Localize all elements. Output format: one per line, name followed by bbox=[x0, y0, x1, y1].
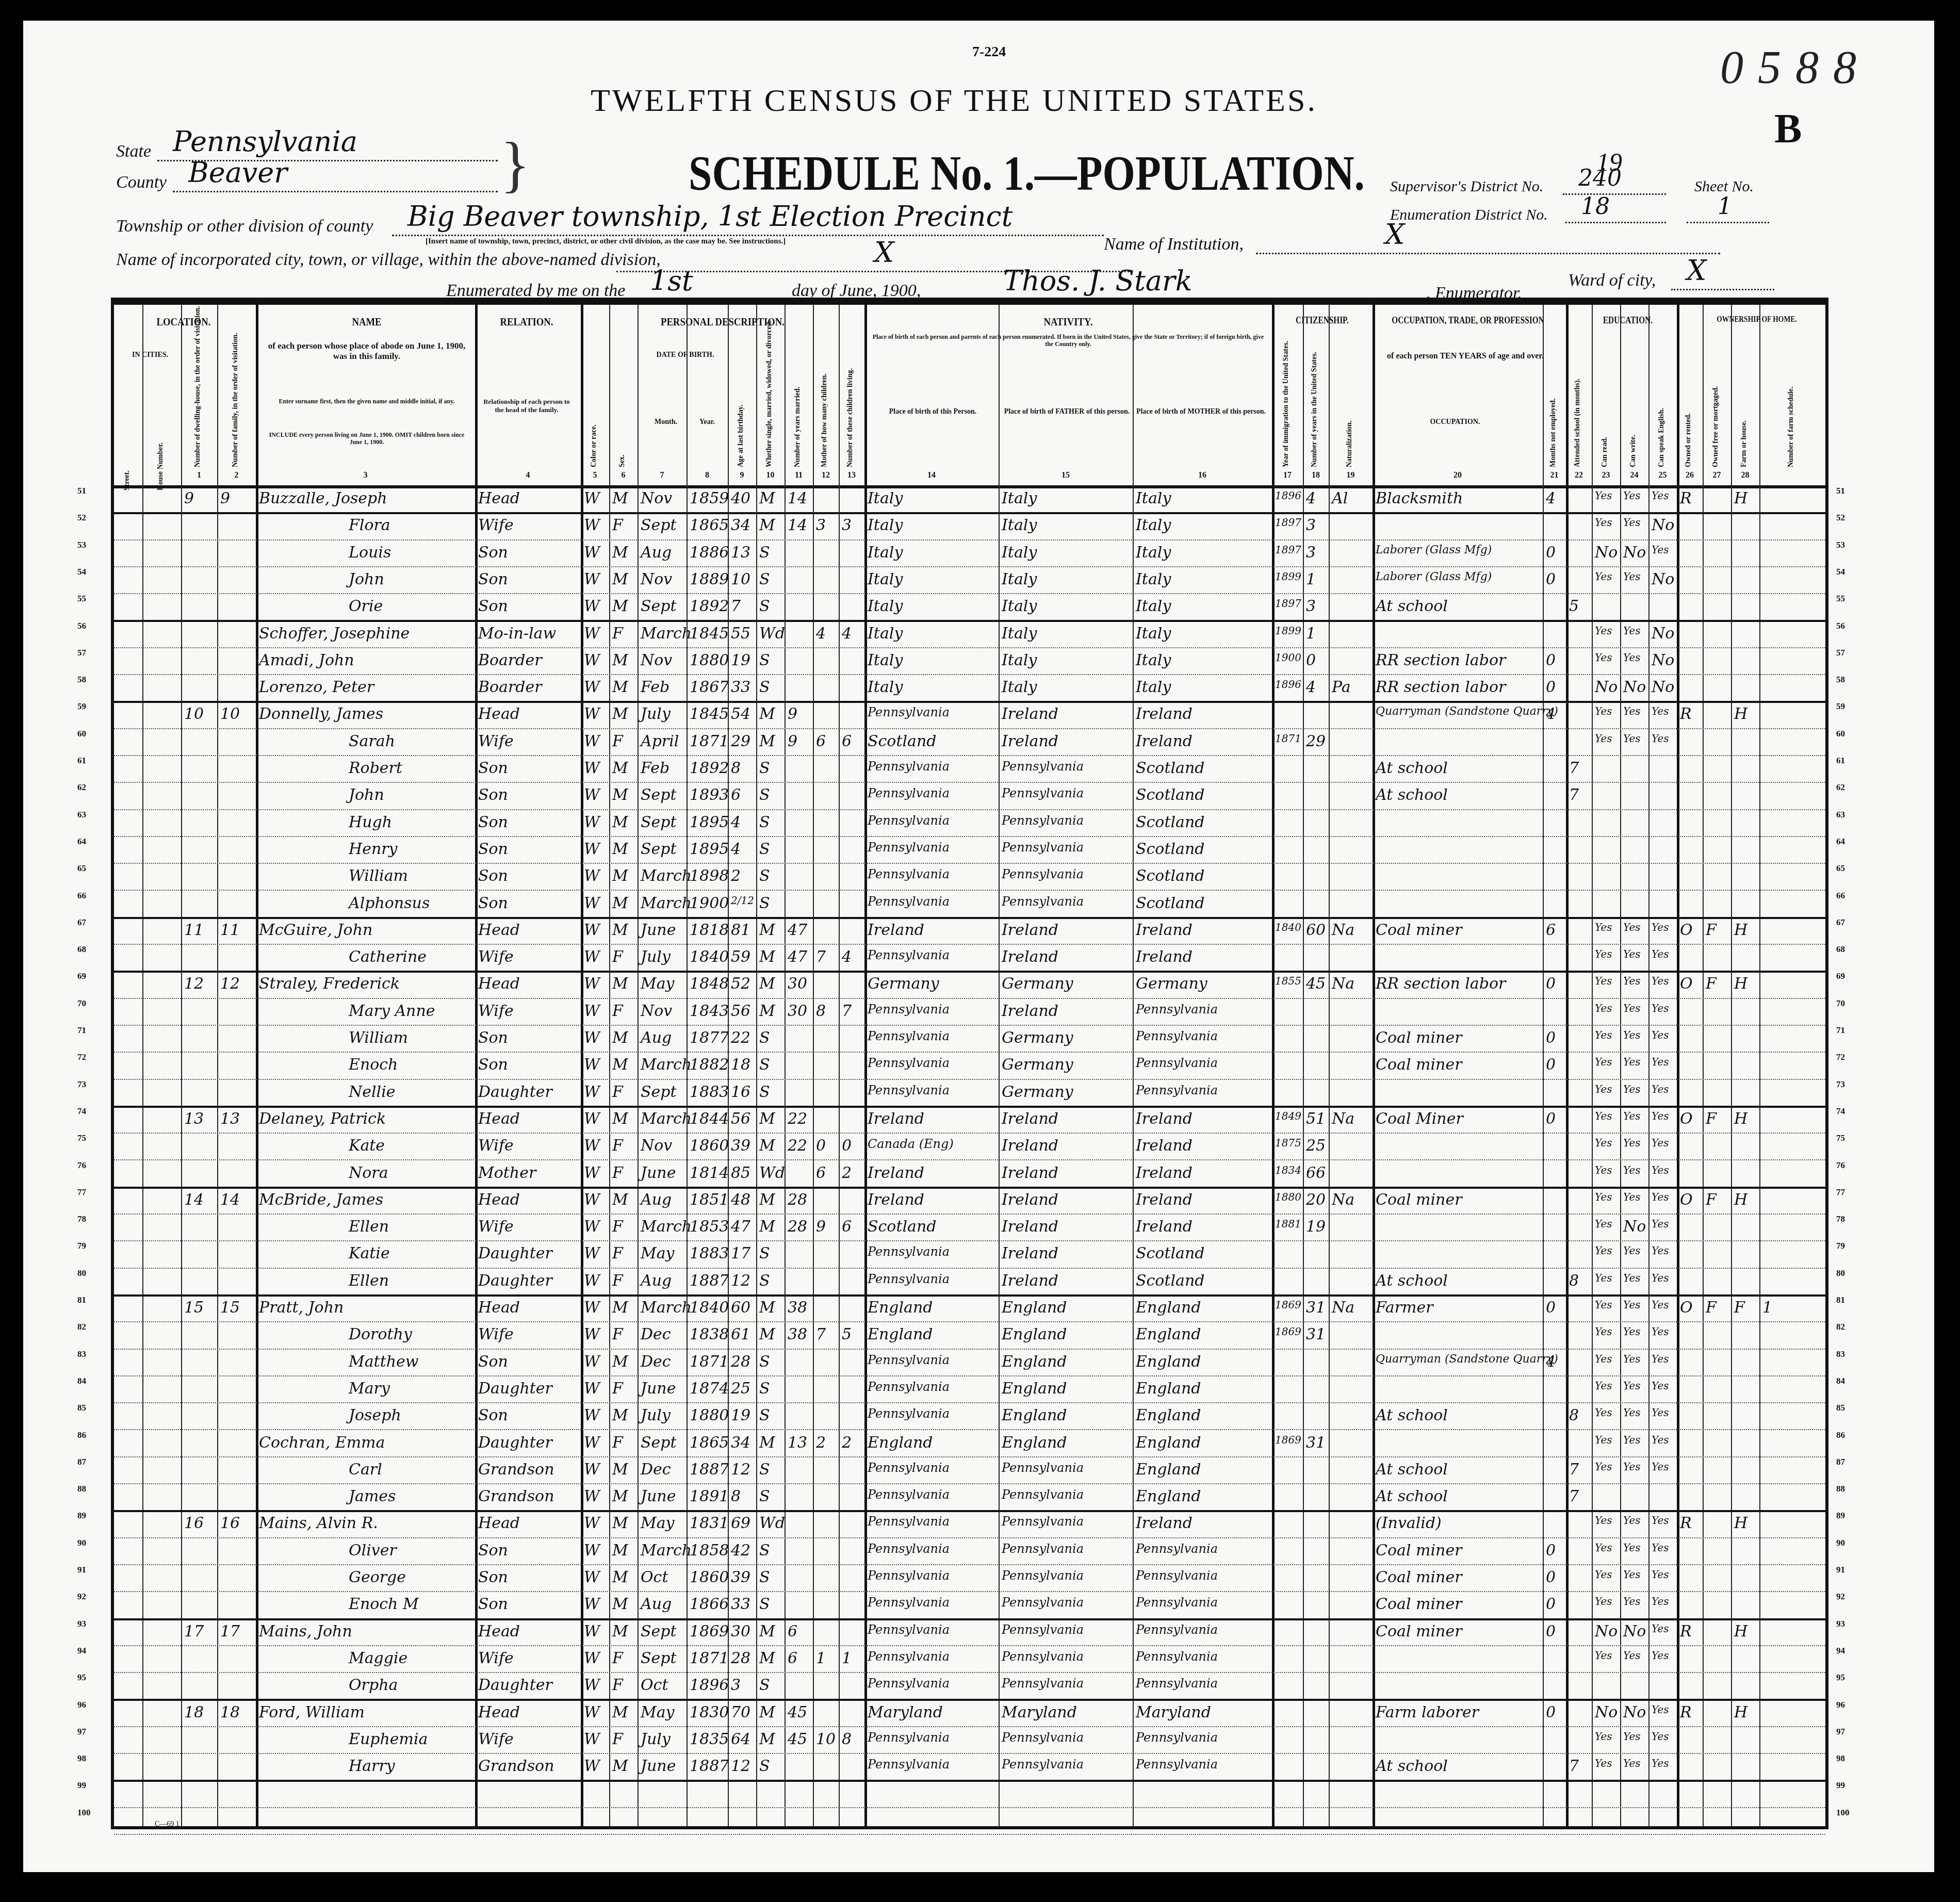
cell-bm: England bbox=[1136, 1461, 1201, 1479]
cell-bp: Pennsylvania bbox=[868, 894, 950, 909]
cell-age: 56 bbox=[731, 1110, 750, 1128]
cell-ym: 14 bbox=[788, 516, 807, 534]
cell-eng: No bbox=[1652, 570, 1674, 588]
cell-age: 47 bbox=[731, 1218, 750, 1236]
cell-sex: F bbox=[612, 1272, 623, 1290]
cell-month: June bbox=[641, 1380, 676, 1398]
cell-bf: Ireland bbox=[1002, 948, 1058, 966]
line-number: 97 bbox=[77, 1727, 86, 1737]
cell-cl: 3 bbox=[842, 516, 852, 534]
cell-unemp: 0 bbox=[1546, 1299, 1556, 1317]
column-label-months-unemployed: Months not employed. bbox=[1549, 354, 1558, 467]
cell-mc: 6 bbox=[816, 732, 826, 750]
cell-bp: Italy bbox=[868, 597, 903, 615]
cell-color: W bbox=[584, 894, 600, 912]
cell-year: 1883 bbox=[690, 1083, 729, 1101]
township-field: Big Beaver township, 1st Election Precin… bbox=[392, 206, 1104, 236]
table-row: Mary AnneWifeWFNov184356M3087Pennsylvani… bbox=[114, 998, 1825, 1026]
cell-bm: Pennsylvania bbox=[1136, 1002, 1218, 1016]
table-row: AlphonsusSonWMMarch19002/12SPennsylvania… bbox=[114, 890, 1825, 919]
cell-ym: 13 bbox=[788, 1434, 807, 1452]
cell-bf: Pennsylvania bbox=[1002, 1730, 1084, 1745]
stamp-number: 0588 bbox=[1720, 41, 1871, 94]
cell-year: 1898 bbox=[690, 867, 729, 885]
cell-mar: S bbox=[759, 840, 770, 858]
column-label-age: Age at last birthday. bbox=[737, 354, 745, 467]
cell-write: Yes bbox=[1623, 625, 1641, 637]
cell-occ: RR section labor bbox=[1376, 651, 1506, 669]
group-ownership: OWNERSHIP OF HOME. bbox=[1702, 315, 1812, 324]
cell-bp: Pennsylvania bbox=[868, 1461, 950, 1475]
cell-bp: Pennsylvania bbox=[868, 1272, 950, 1286]
cell-ym: 6 bbox=[788, 1622, 797, 1641]
column-number: 5 bbox=[581, 471, 609, 480]
cell-read: Yes bbox=[1595, 651, 1612, 664]
cell-occ: At school bbox=[1376, 786, 1448, 804]
cell-month: Aug bbox=[641, 1191, 672, 1209]
cell-bf: Ireland bbox=[1002, 1110, 1058, 1128]
supervisor-label: Supervisor's District No. bbox=[1390, 178, 1543, 195]
cell-bm: Scotland bbox=[1136, 786, 1204, 804]
cell-year: 1895 bbox=[690, 840, 729, 858]
cell-occ: Coal miner bbox=[1376, 1568, 1462, 1586]
ed-value: 18 bbox=[1581, 193, 1610, 220]
cell-eng: Yes bbox=[1652, 1299, 1669, 1311]
cell-color: W bbox=[584, 1568, 600, 1586]
cell-age: 4 bbox=[731, 813, 741, 831]
cell-rel: Son bbox=[478, 1353, 508, 1371]
line-number: 90 bbox=[77, 1538, 86, 1548]
line-number: 63 bbox=[77, 810, 86, 820]
cell-bf: England bbox=[1002, 1380, 1067, 1398]
line-number: 83 bbox=[77, 1349, 86, 1359]
cell-eng: Yes bbox=[1652, 948, 1669, 960]
cell-name: Sarah bbox=[349, 732, 395, 750]
cell-bf: England bbox=[1002, 1406, 1067, 1424]
cell-bp: Pennsylvania bbox=[868, 867, 950, 881]
cell-occ: At school bbox=[1376, 1272, 1448, 1290]
column-label-free: Owned free or mortgaged. bbox=[1712, 354, 1720, 467]
cell-sex: F bbox=[612, 1137, 623, 1155]
cell-read: Yes bbox=[1595, 1002, 1612, 1014]
cell-eng: Yes bbox=[1652, 921, 1669, 933]
cell-color: W bbox=[584, 1299, 600, 1317]
cell-bf: Pennsylvania bbox=[1002, 867, 1084, 881]
cell-unemp: 4 bbox=[1546, 705, 1556, 723]
cell-yus: 3 bbox=[1306, 516, 1316, 534]
cell-sex: M bbox=[612, 489, 628, 507]
cell-ym: 22 bbox=[788, 1137, 807, 1155]
column-number: 26 bbox=[1677, 471, 1703, 480]
cell-bp: Italy bbox=[868, 489, 903, 507]
cell-bf: Ireland bbox=[1002, 921, 1058, 939]
cell-sex: M bbox=[612, 1757, 628, 1775]
cell-year: 1840 bbox=[690, 1299, 729, 1317]
cell-bm: Italy bbox=[1136, 651, 1171, 669]
cell-read: Yes bbox=[1595, 1649, 1612, 1662]
cell-mar: M bbox=[759, 1110, 775, 1128]
cell-eng: Yes bbox=[1652, 1461, 1669, 1473]
cell-bp: Pennsylvania bbox=[868, 1002, 950, 1016]
cell-age: 61 bbox=[731, 1325, 750, 1343]
table-row: 99Buzzalle, JosephHeadWMNov185940M14Ital… bbox=[114, 485, 1825, 514]
column-label-mother-of: Mother of how many children. bbox=[821, 354, 829, 467]
cell-mar: S bbox=[759, 813, 770, 831]
cell-bp: Ireland bbox=[868, 1110, 924, 1128]
cell-sex: F bbox=[612, 625, 623, 643]
cell-write: Yes bbox=[1623, 1110, 1641, 1122]
cell-age: 19 bbox=[731, 651, 750, 669]
cell-occ: At school bbox=[1376, 1461, 1448, 1479]
cell-eng: No bbox=[1652, 516, 1674, 534]
cell-color: W bbox=[584, 1461, 600, 1479]
table-row: OrieSonWMSept18927SItalyItalyItaly18973A… bbox=[114, 593, 1825, 622]
cell-bm: Ireland bbox=[1136, 705, 1193, 723]
cell-read: Yes bbox=[1595, 975, 1612, 987]
cell-month: April bbox=[641, 732, 679, 750]
column-number: 24 bbox=[1620, 471, 1648, 480]
cell-bm: Pennsylvania bbox=[1136, 1730, 1218, 1745]
cell-sch: 7 bbox=[1569, 1461, 1579, 1479]
line-number: 55 bbox=[1836, 594, 1845, 604]
cell-mar: M bbox=[759, 732, 775, 750]
cell-name: Orpha bbox=[349, 1676, 398, 1694]
ward-field: X bbox=[1671, 260, 1774, 290]
cell-year: 1895 bbox=[690, 813, 729, 831]
cell-bp: Pennsylvania bbox=[868, 948, 950, 962]
cell-sex: F bbox=[612, 1083, 623, 1101]
cell-sex: M bbox=[612, 759, 628, 777]
cell-nat: Na bbox=[1332, 1110, 1354, 1128]
cell-sex: F bbox=[612, 732, 623, 750]
cell-color: W bbox=[584, 1191, 600, 1209]
line-number: 95 bbox=[77, 1673, 86, 1683]
cell-color: W bbox=[584, 597, 600, 615]
cell-own: R bbox=[1680, 1703, 1692, 1721]
line-number: 68 bbox=[77, 944, 86, 955]
cell-bf: England bbox=[1002, 1434, 1067, 1452]
cell-month: May bbox=[641, 975, 675, 993]
cell-write: Yes bbox=[1623, 651, 1641, 664]
cell-own: R bbox=[1680, 489, 1692, 507]
column-label-school: Attended school (in months). bbox=[1574, 354, 1582, 467]
cell-year: 1859 bbox=[690, 489, 729, 507]
line-number: 68 bbox=[1836, 944, 1845, 955]
birth-mother-label: Place of birth of MOTHER of this person. bbox=[1135, 408, 1267, 417]
table-row: 1212Straley, FrederickHeadWMMay184852M30… bbox=[114, 971, 1825, 998]
line-number: 58 bbox=[1836, 675, 1845, 685]
cell-eng: Yes bbox=[1652, 1649, 1669, 1662]
cell-sex: M bbox=[612, 975, 628, 993]
line-number: 62 bbox=[1836, 782, 1845, 793]
cell-rel: Wife bbox=[478, 1137, 514, 1155]
cell-month: Nov bbox=[641, 570, 672, 588]
cell-fam: 11 bbox=[220, 921, 240, 939]
cell-occ: Quarryman (Sandstone Quarry) bbox=[1376, 1353, 1558, 1366]
cell-mar: S bbox=[759, 1406, 770, 1424]
cell-color: W bbox=[584, 759, 600, 777]
cell-read: Yes bbox=[1595, 1406, 1612, 1419]
cell-year: 1860 bbox=[690, 1568, 729, 1586]
cell-mar: S bbox=[759, 759, 770, 777]
cell-mar: S bbox=[759, 786, 770, 804]
column-number: 4 bbox=[475, 471, 581, 480]
cell-eng: Yes bbox=[1652, 732, 1669, 745]
cell-month: Aug bbox=[641, 1595, 672, 1613]
cell-sex: M bbox=[612, 840, 628, 858]
cell-sex: M bbox=[612, 921, 628, 939]
cell-color: W bbox=[584, 1676, 600, 1694]
cell-eng: Yes bbox=[1652, 1056, 1669, 1068]
ward-value: X bbox=[1687, 254, 1706, 287]
cell-occ: Coal miner bbox=[1376, 1595, 1462, 1613]
line-number: 88 bbox=[1836, 1484, 1845, 1494]
cell-color: W bbox=[584, 516, 600, 534]
cell-year: 1845 bbox=[690, 625, 729, 643]
cell-bm: Ireland bbox=[1136, 1110, 1193, 1128]
cell-farm: H bbox=[1734, 975, 1747, 993]
cell-imm: 1897 bbox=[1275, 597, 1301, 610]
cell-farm: H bbox=[1734, 1514, 1747, 1532]
cell-name: Kate bbox=[349, 1137, 385, 1155]
cell-color: W bbox=[584, 625, 600, 643]
table-row: LouisSonWMAug188613SItalyItalyItaly18973… bbox=[114, 539, 1825, 567]
cell-mar: S bbox=[759, 1056, 770, 1074]
cell-month: March bbox=[641, 1056, 692, 1074]
column-number: 15 bbox=[999, 471, 1133, 480]
cell-bf: Italy bbox=[1002, 544, 1037, 562]
cell-occ: At school bbox=[1376, 1487, 1448, 1505]
cell-rel: Grandson bbox=[478, 1487, 554, 1505]
cell-imm: 1871 bbox=[1275, 732, 1301, 745]
cell-yus: 4 bbox=[1306, 489, 1316, 507]
column-number: 20 bbox=[1373, 471, 1543, 480]
column-label-color: Color or race. bbox=[590, 354, 598, 467]
cell-bm: Ireland bbox=[1136, 948, 1193, 966]
cell-unemp: 0 bbox=[1546, 544, 1556, 562]
cell-year: 1869 bbox=[690, 1622, 729, 1641]
cell-bp: Pennsylvania bbox=[868, 1757, 950, 1772]
cell-yus: 51 bbox=[1306, 1110, 1326, 1128]
cell-eng: Yes bbox=[1652, 1514, 1669, 1527]
cell-bm: Pennsylvania bbox=[1136, 1595, 1218, 1610]
table-row: 1616Mains, Alvin R.HeadWMMay183169WdPenn… bbox=[114, 1510, 1825, 1538]
cell-yus: 0 bbox=[1306, 651, 1316, 669]
cell-bm: Pennsylvania bbox=[1136, 1083, 1218, 1097]
cell-bm: Italy bbox=[1136, 625, 1171, 643]
cell-mar: S bbox=[759, 570, 770, 588]
cell-bp: Pennsylvania bbox=[868, 1083, 950, 1097]
cell-mar: M bbox=[759, 948, 775, 966]
cell-bm: Italy bbox=[1136, 597, 1171, 615]
table-row: WilliamSonWMAug187722SPennsylvaniaGerman… bbox=[114, 1025, 1825, 1053]
group-nativity: NATIVITY. bbox=[895, 315, 1242, 329]
cell-sex: M bbox=[612, 570, 628, 588]
table-row: EllenDaughterWFAug188712SPennsylvaniaIre… bbox=[114, 1268, 1825, 1297]
cell-bp: Pennsylvania bbox=[868, 759, 950, 774]
cell-bf: Pennsylvania bbox=[1002, 1595, 1084, 1610]
cell-age: 40 bbox=[731, 489, 750, 507]
cell-imm: 1875 bbox=[1275, 1137, 1301, 1149]
cell-color: W bbox=[584, 544, 600, 562]
column-label-schedule: Number of farm schedule. bbox=[1787, 354, 1795, 467]
cell-rel: Boarder bbox=[478, 651, 542, 669]
cell-occ: Farmer bbox=[1376, 1299, 1433, 1317]
cell-cl: 6 bbox=[842, 732, 852, 750]
cell-age: 28 bbox=[731, 1353, 750, 1371]
cell-read: Yes bbox=[1595, 948, 1612, 960]
county-label: County bbox=[116, 173, 167, 192]
line-number: 56 bbox=[77, 621, 86, 631]
cell-rel: Head bbox=[478, 921, 520, 939]
cell-month: July bbox=[641, 1730, 671, 1748]
cell-bp: Pennsylvania bbox=[868, 1353, 950, 1367]
line-number: 73 bbox=[1836, 1079, 1845, 1090]
line-number: 60 bbox=[77, 729, 86, 739]
cell-unemp: 0 bbox=[1546, 975, 1556, 993]
cell-color: W bbox=[584, 705, 600, 723]
cell-imm: 1855 bbox=[1275, 975, 1301, 987]
cell-month: Sept bbox=[641, 1622, 677, 1641]
cell-color: W bbox=[584, 1272, 600, 1290]
cell-mar: S bbox=[759, 1568, 770, 1586]
cell-year: 1887 bbox=[690, 1272, 729, 1290]
cell-age: 33 bbox=[731, 678, 750, 696]
column-number: 27 bbox=[1703, 471, 1731, 480]
cell-color: W bbox=[584, 1083, 600, 1101]
cell-rel: Daughter bbox=[478, 1434, 552, 1452]
cell-bm: Scotland bbox=[1136, 759, 1204, 777]
cell-rel: Wife bbox=[478, 948, 514, 966]
birth-father-label: Place of birth of FATHER of this person. bbox=[1001, 408, 1133, 417]
cell-name: Nora bbox=[349, 1164, 388, 1182]
line-number: 72 bbox=[77, 1052, 86, 1062]
cell-eng: Yes bbox=[1652, 1110, 1669, 1122]
cell-rel: Son bbox=[478, 597, 508, 615]
cell-name: Henry bbox=[349, 840, 398, 858]
table-row: JohnSonWMNov188910SItalyItalyItaly18991L… bbox=[114, 566, 1825, 594]
cell-year: 1889 bbox=[690, 570, 729, 588]
cell-age: 39 bbox=[731, 1568, 750, 1586]
sheet-letter: B bbox=[1774, 106, 1802, 153]
cell-color: W bbox=[584, 678, 600, 696]
line-number: 81 bbox=[1836, 1295, 1845, 1305]
line-number: 56 bbox=[1836, 621, 1845, 631]
cell-bf: Italy bbox=[1002, 651, 1037, 669]
line-number: 96 bbox=[77, 1700, 86, 1710]
cell-read: Yes bbox=[1595, 1380, 1612, 1392]
cell-occ: Blacksmith bbox=[1376, 489, 1463, 507]
cell-sex: M bbox=[612, 651, 628, 669]
cell-write: Yes bbox=[1623, 1002, 1641, 1014]
cell-write: Yes bbox=[1623, 570, 1641, 583]
cell-bm: England bbox=[1136, 1325, 1201, 1343]
cell-bf: Italy bbox=[1002, 678, 1037, 696]
cell-mar: M bbox=[759, 975, 775, 993]
cell-bp: Ireland bbox=[868, 1164, 924, 1182]
line-number: 91 bbox=[1836, 1565, 1845, 1575]
relation-desc: Relationship of each person to the head … bbox=[480, 398, 573, 414]
column-label-children-living: Number of these children living. bbox=[846, 354, 855, 467]
cell-bm: Pennsylvania bbox=[1136, 1542, 1218, 1556]
cell-mc: 3 bbox=[816, 516, 826, 534]
cell-write: Yes bbox=[1623, 1757, 1641, 1769]
cell-bp: Italy bbox=[868, 678, 903, 696]
cell-name: Buzzalle, Joseph bbox=[259, 489, 387, 507]
cell-age: 8 bbox=[731, 759, 741, 777]
cell-mar: S bbox=[759, 1542, 770, 1560]
cell-bp: Pennsylvania bbox=[868, 786, 950, 800]
cell-bf: Pennsylvania bbox=[1002, 1542, 1084, 1556]
cell-fs: 1 bbox=[1762, 1299, 1772, 1317]
cell-sex: M bbox=[612, 1299, 628, 1317]
cell-unemp: 0 bbox=[1546, 1595, 1556, 1613]
cell-rel: Head bbox=[478, 1622, 520, 1641]
cell-year: 1831 bbox=[690, 1514, 729, 1532]
line-number: 91 bbox=[77, 1565, 86, 1575]
line-number: 84 bbox=[77, 1376, 86, 1386]
cell-age: 22 bbox=[731, 1029, 750, 1047]
cell-bf: Ireland bbox=[1002, 1191, 1058, 1209]
cell-color: W bbox=[584, 489, 600, 507]
cell-read: Yes bbox=[1595, 1137, 1612, 1149]
cell-farm: F bbox=[1734, 1299, 1745, 1317]
supervisor-value: 240 bbox=[1578, 165, 1622, 191]
cell-yus: 25 bbox=[1306, 1137, 1326, 1155]
cell-mc: 4 bbox=[816, 625, 826, 643]
cell-eng: Yes bbox=[1652, 1568, 1669, 1581]
column-label-marital: Whether single, married, widowed, or div… bbox=[765, 354, 774, 467]
table-row: 1515Pratt, JohnHeadWMMarch184060M38Engla… bbox=[114, 1294, 1825, 1322]
cell-year: 1893 bbox=[690, 786, 729, 804]
cell-yus: 66 bbox=[1306, 1164, 1326, 1182]
cell-name: Maggie bbox=[349, 1649, 407, 1667]
cell-mar: M bbox=[759, 1002, 775, 1020]
cell-eng: Yes bbox=[1652, 1380, 1669, 1392]
cell-rel: Daughter bbox=[478, 1272, 552, 1290]
cell-mar: M bbox=[759, 1622, 775, 1641]
line-number: 86 bbox=[1836, 1430, 1845, 1440]
table-row: NellieDaughterWFSept188316SPennsylvaniaG… bbox=[114, 1079, 1825, 1108]
column-number: 2 bbox=[217, 471, 256, 480]
cell-rel: Son bbox=[478, 1542, 508, 1560]
cell-occ: RR section labor bbox=[1376, 678, 1506, 696]
cell-color: W bbox=[584, 1164, 600, 1182]
cell-eng: Yes bbox=[1652, 1272, 1669, 1284]
cell-bm: England bbox=[1136, 1434, 1201, 1452]
cell-color: W bbox=[584, 1218, 600, 1236]
cell-imm: 1840 bbox=[1275, 921, 1301, 933]
cell-eng: Yes bbox=[1652, 1137, 1669, 1149]
table-row: CarlGrandsonWMDec188712SPennsylvaniaPenn… bbox=[114, 1456, 1825, 1484]
cell-ym: 9 bbox=[788, 705, 797, 723]
cell-read: Yes bbox=[1595, 625, 1612, 637]
line-number: 57 bbox=[77, 648, 86, 658]
city-label: Name of incorporated city, town, or vill… bbox=[116, 250, 661, 270]
cell-bm: England bbox=[1136, 1487, 1201, 1505]
cell-farm: H bbox=[1734, 1703, 1747, 1721]
cell-imm: 1880 bbox=[1275, 1191, 1301, 1203]
line-number: 89 bbox=[1836, 1511, 1845, 1521]
table-row: JamesGrandsonWMJune18918SPennsylvaniaPen… bbox=[114, 1483, 1825, 1512]
cell-sex: M bbox=[612, 1056, 628, 1074]
cell-bf: Pennsylvania bbox=[1002, 894, 1084, 909]
cell-mc: 9 bbox=[816, 1218, 826, 1236]
line-number: 57 bbox=[1836, 648, 1845, 658]
cell-ym: 22 bbox=[788, 1110, 807, 1128]
ed-label: Enumeration District No. bbox=[1390, 206, 1548, 224]
cell-age: 12 bbox=[731, 1272, 750, 1290]
